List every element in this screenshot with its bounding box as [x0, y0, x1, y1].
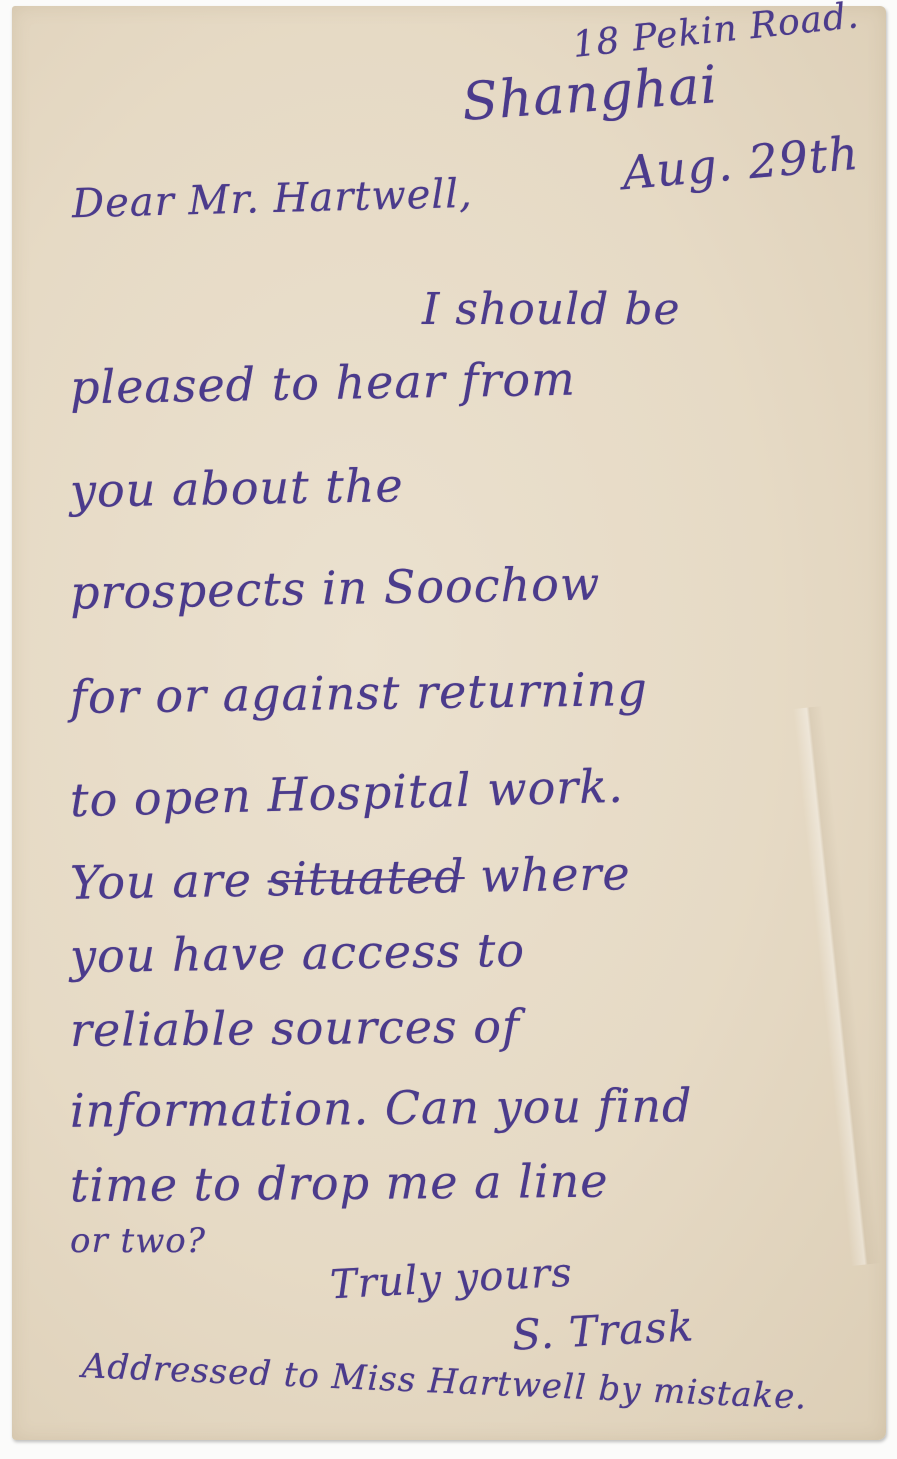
body-line-3: you about the — [70, 458, 404, 518]
letter-card: 18 Pekin Road. Shanghai Aug. 29th Dear M… — [12, 6, 886, 1440]
body-line-12: or two? — [70, 1221, 206, 1261]
body-line-6: to open Hospital work. — [69, 759, 624, 827]
address-city: Shanghai — [460, 55, 720, 133]
letter-date: Aug. 29th — [620, 126, 861, 200]
body-line-4: prospects in Soochow — [70, 556, 601, 619]
address-street: 18 Pekin Road. — [571, 0, 862, 66]
body-line-7: You are situated where — [70, 846, 632, 910]
body-line-11: time to drop me a line — [70, 1154, 609, 1213]
body-line-2: pleased to hear from — [70, 352, 577, 415]
body-line-5: for or against returning — [70, 662, 648, 724]
body-line-7-text: You are situated where — [70, 846, 632, 910]
body-line-8: you have access to — [70, 923, 526, 983]
closing: Truly yours — [329, 1250, 574, 1309]
salutation: Dear Mr. Hartwell, — [71, 171, 473, 227]
body-line-1: I should be — [422, 284, 681, 335]
body-line-9: reliable sources of — [70, 999, 520, 1057]
postscript-note: Addressed to Miss Hartwell by mistake. — [81, 1346, 808, 1418]
struck-word: situated — [267, 849, 465, 906]
paper-crease — [793, 706, 881, 1266]
body-line-10: information. Can you find — [70, 1078, 693, 1137]
signature: S. Trask — [511, 1301, 695, 1359]
